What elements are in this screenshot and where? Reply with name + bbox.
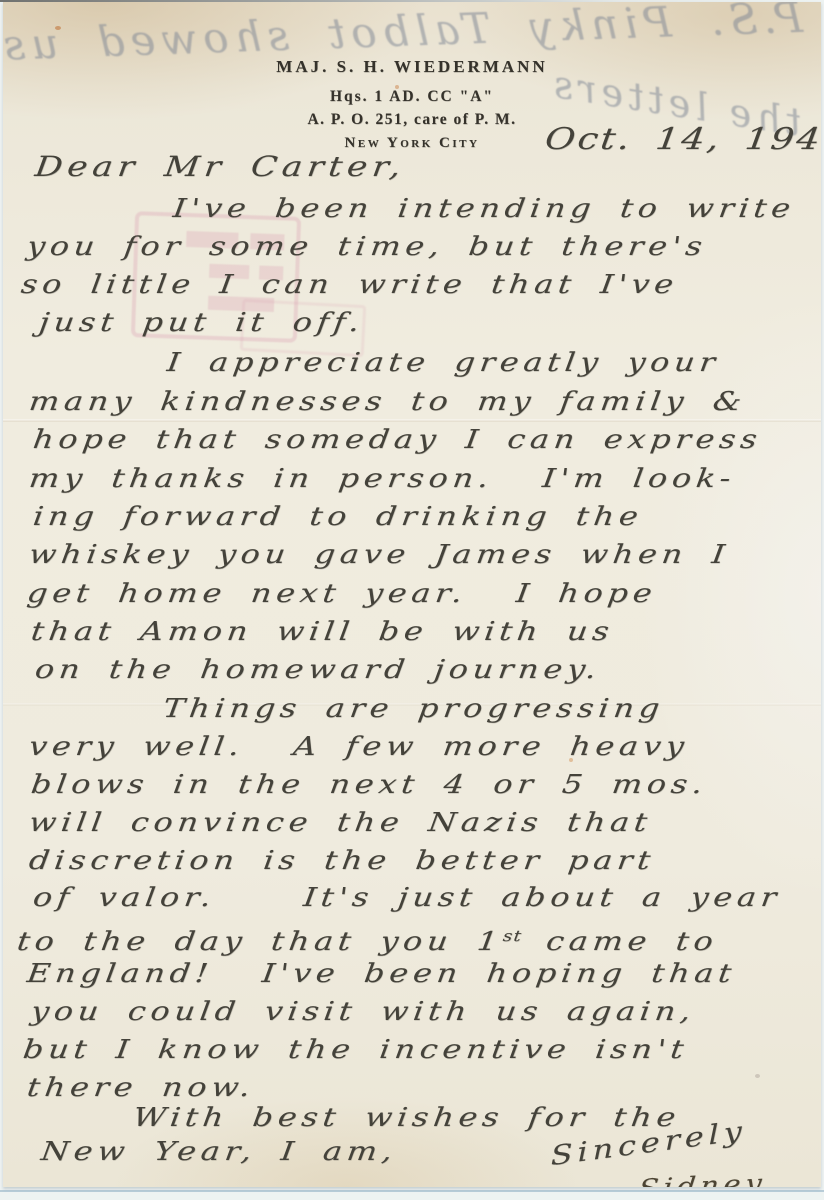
letter-line: get home next year. I hope	[25, 577, 659, 611]
letter-line: there now.	[25, 1071, 257, 1105]
foxing-speck	[395, 85, 399, 89]
letter-line: of valor.It's just about a year	[31, 881, 783, 915]
scan-edge-artifact	[0, 1190, 824, 1192]
letter-line: on the homeward journey.	[33, 653, 603, 687]
letter-line: that Amon will be with us	[29, 615, 616, 649]
letter-line: you could visit with us again,	[29, 995, 697, 1029]
letter-line: you for some time, but there's	[25, 230, 709, 264]
fold-crease	[3, 419, 821, 422]
letter-line: very well. A few more heavy	[27, 730, 691, 764]
letter-line: but I know the incentive isn't	[21, 1033, 690, 1067]
scan-edge-artifact	[0, 0, 824, 2]
letter-line-part: came to	[520, 927, 720, 957]
letter-line: discretion is the better part	[27, 844, 657, 878]
letter-line: With best wishes for the	[131, 1101, 682, 1135]
letter-line: so little I can write that I've	[19, 268, 680, 302]
letter-line: to the day that you 1st came to	[15, 919, 721, 959]
foxing-speck	[755, 1074, 760, 1078]
salutation: Dear Mr Carter,	[33, 150, 408, 184]
letter-line: hope that someday I can express	[31, 423, 764, 457]
letter-paper: P.S. Pinky Talbot showed us the letters …	[3, 2, 821, 1187]
letter-line: Things are progressing	[161, 692, 666, 726]
letter-line: many kindnesses to my family &	[27, 385, 748, 419]
signature: Sidney	[637, 1166, 768, 1187]
letter-line: New Year, I am,	[39, 1135, 399, 1169]
letter-line: whiskey you gave James when I	[27, 538, 731, 572]
letter-line: ing forward to drinking the	[31, 500, 645, 534]
letter-line: England! I've been hoping that	[25, 957, 738, 991]
letterhead-officer-name: MAJ. S. H. WIEDERMANN	[3, 57, 821, 77]
letter-date: Oct. 14, 1943	[543, 123, 821, 157]
letter-line: I appreciate greatly your	[165, 346, 722, 380]
foxing-speck	[55, 26, 61, 30]
letter-line: I've been intending to write	[171, 192, 797, 226]
letter-line-part: of valor.	[31, 883, 217, 913]
letter-line: will convince the Nazis that	[27, 806, 654, 840]
letter-line: blows in the next 4 or 5 mos.	[29, 768, 709, 802]
letter-line-part: to the day that you 1	[15, 927, 504, 957]
letter-line: just put it off.	[37, 306, 366, 340]
scanned-letter-page: { "colors":{"ink":"#44423a","paper":"#ef…	[0, 0, 824, 1200]
letterhead-unit: Hqs. 1 AD. CC "A"	[3, 88, 821, 106]
letter-line-part: It's just about a year	[302, 883, 783, 913]
letter-line: my thanks in person. I'm look-	[27, 462, 737, 496]
